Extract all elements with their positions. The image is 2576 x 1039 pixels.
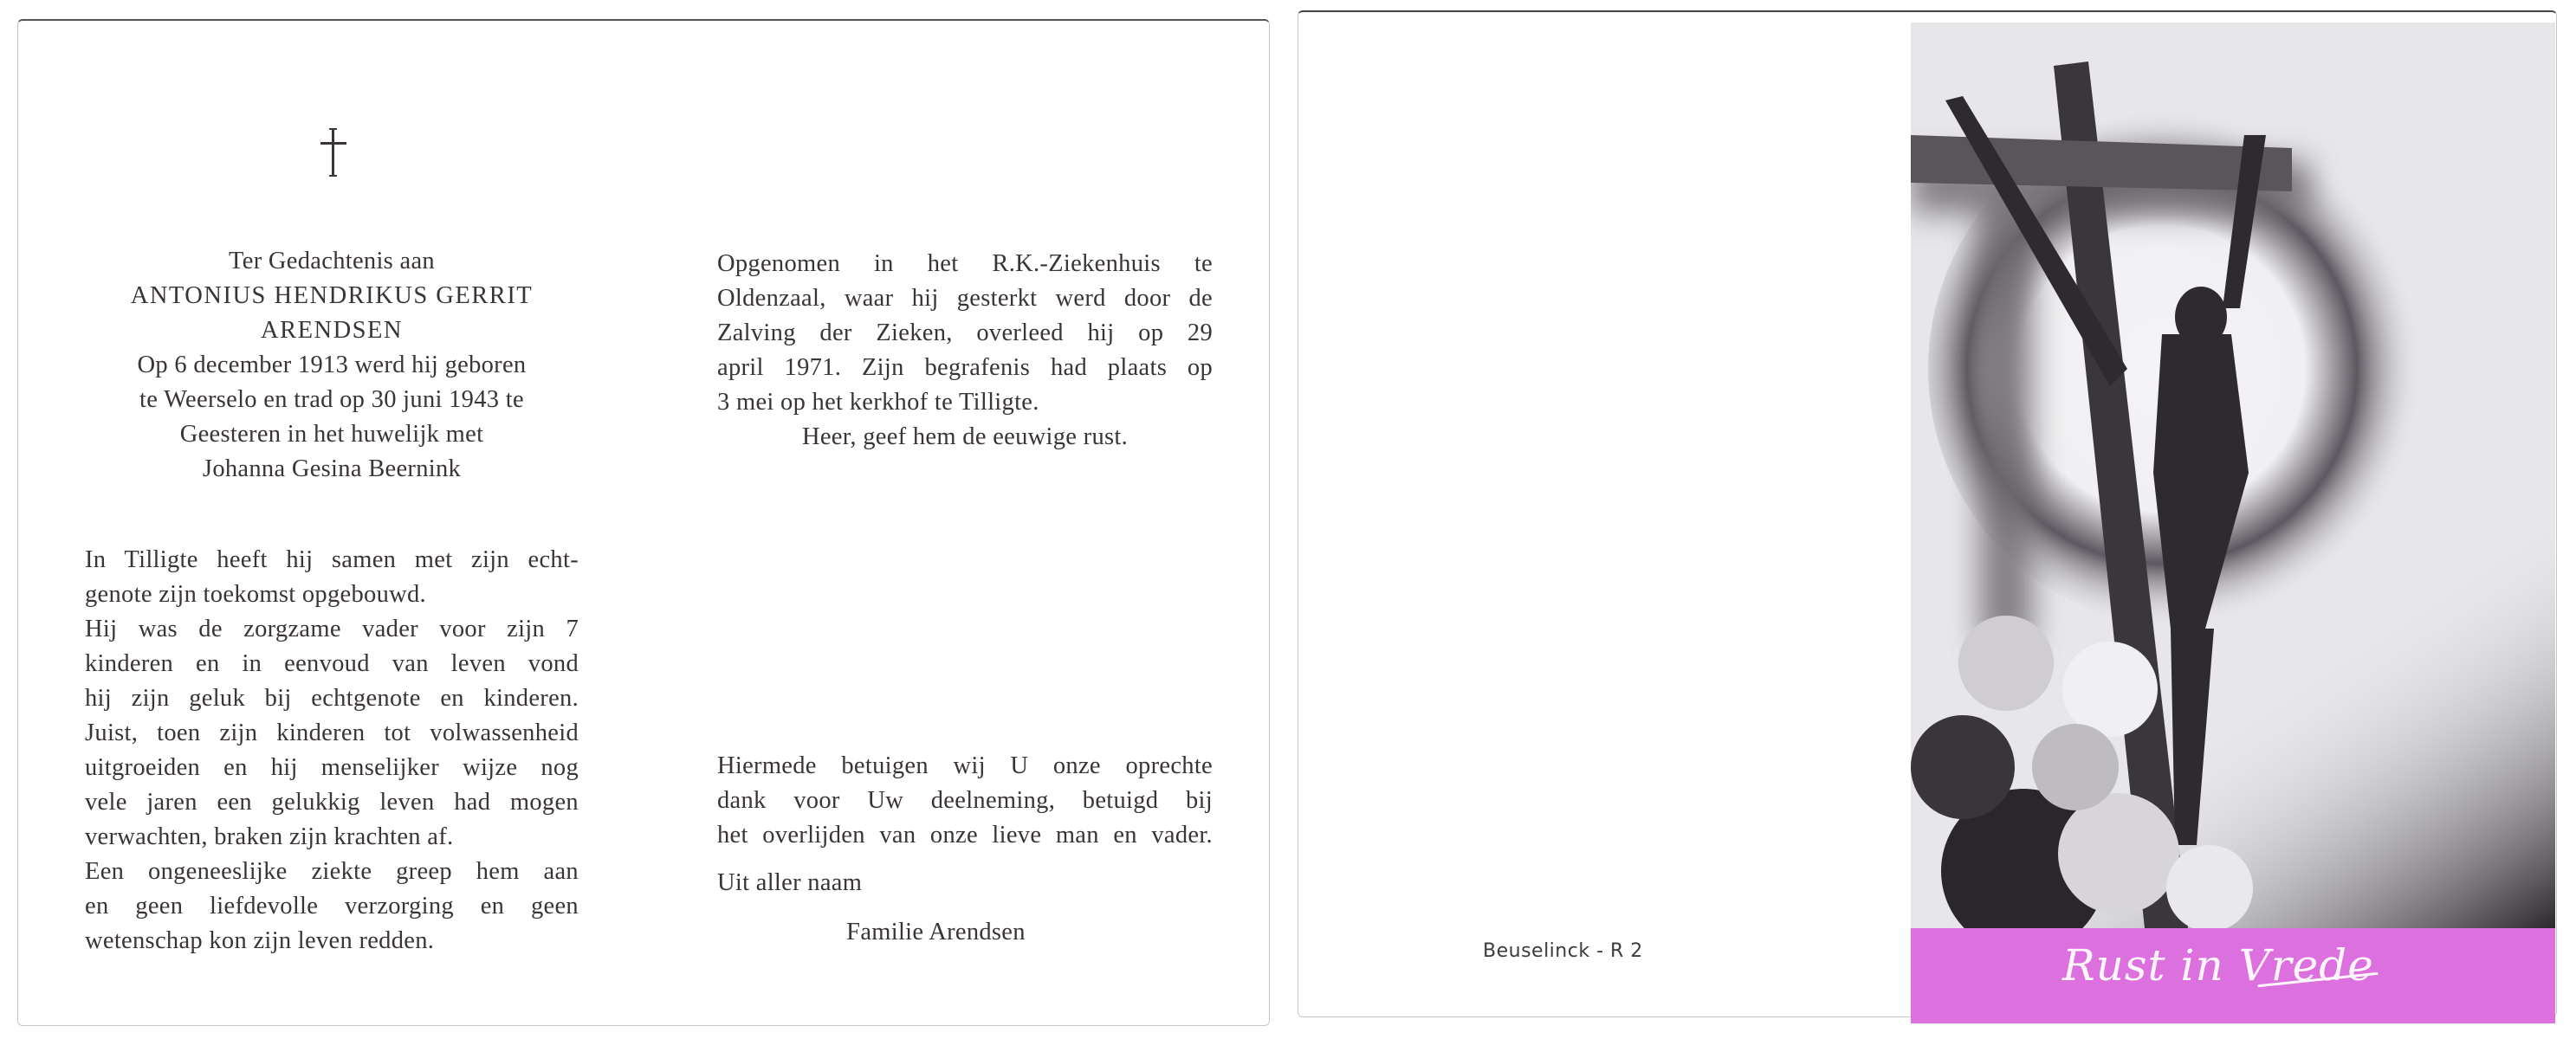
text-line: verwachten, braken zijn krachten af. — [85, 820, 579, 855]
text-line: wetenschap kon zijn leven redden. — [85, 924, 579, 958]
publisher-code: Beuselinck - R 2 — [1483, 940, 1643, 962]
on-behalf-text: Uit aller naam — [717, 866, 862, 900]
band-title: Rust in Vrede — [2062, 940, 2374, 991]
text-line: kinderen en in eenvoud van leven vond — [85, 647, 579, 681]
family-signature: Familie Arendsen — [717, 915, 1155, 950]
birth-line: Geesteren in het huwelijk met — [85, 417, 579, 452]
text-line: hij zijn geluk bij echtgenote en kindere… — [85, 681, 579, 716]
text-line: Een ongeneeslijke ziekte greep hem aan — [85, 855, 579, 889]
text-line: en geen liefdevolle verzorging en geen — [85, 889, 579, 924]
deceased-name: ANTONIUS HENDRIKUS GERRIT — [85, 279, 579, 313]
birth-line: Johanna Gesina Beernink — [85, 452, 579, 487]
text-line: Hiermede betuigen wij U onze oprechte — [717, 749, 1213, 784]
text-line: april 1971. Zijn begrafenis had plaats o… — [717, 351, 1213, 385]
text-line: het overlijden van onze lieve man en vad… — [717, 818, 1213, 853]
text-line: In Tilligte heeft hij samen met zijn ech… — [85, 543, 579, 578]
crucifix-photo — [1911, 23, 2555, 928]
text-line: vele jaren een gelukkig leven had mogen — [85, 785, 579, 820]
text-line: Opgenomen in het R.K.-Ziekenhuis te — [717, 247, 1213, 281]
birth-line: Op 6 december 1913 werd hij geboren — [85, 348, 579, 383]
text-line: Hij was de zorgzame vader voor zijn 7 — [85, 612, 579, 647]
text-line: dank voor Uw deelneming, betuigd bij — [717, 784, 1213, 818]
intro-text: Ter Gedachtenis aan — [85, 244, 579, 279]
text-line: 3 mei op het kerkhof te Tilligte. — [717, 385, 1213, 420]
rust-in-vrede-band: Rust in Vrede — [1911, 928, 2555, 1023]
crucifix-image-icon — [1911, 23, 2555, 928]
text-line: Zalving der Zieken, overleed hij op 29 — [717, 316, 1213, 351]
deceased-surname: ARENDSEN — [85, 313, 579, 348]
text-line: uitgroeiden en hij menselijker wijze nog — [85, 751, 579, 785]
text-line: Oldenzaal, waar hij gesterkt werd door d… — [717, 281, 1213, 316]
birth-line: te Weerselo en trad op 30 juni 1943 te — [85, 383, 579, 417]
text-line: genote zijn toekomst opgebouwd. — [85, 578, 579, 612]
text-line: Juist, toen zijn kinderen tot volwassenh… — [85, 716, 579, 751]
prayer-text: Heer, geef hem de eeuwige rust. — [717, 420, 1213, 455]
cross-icon — [320, 128, 346, 177]
